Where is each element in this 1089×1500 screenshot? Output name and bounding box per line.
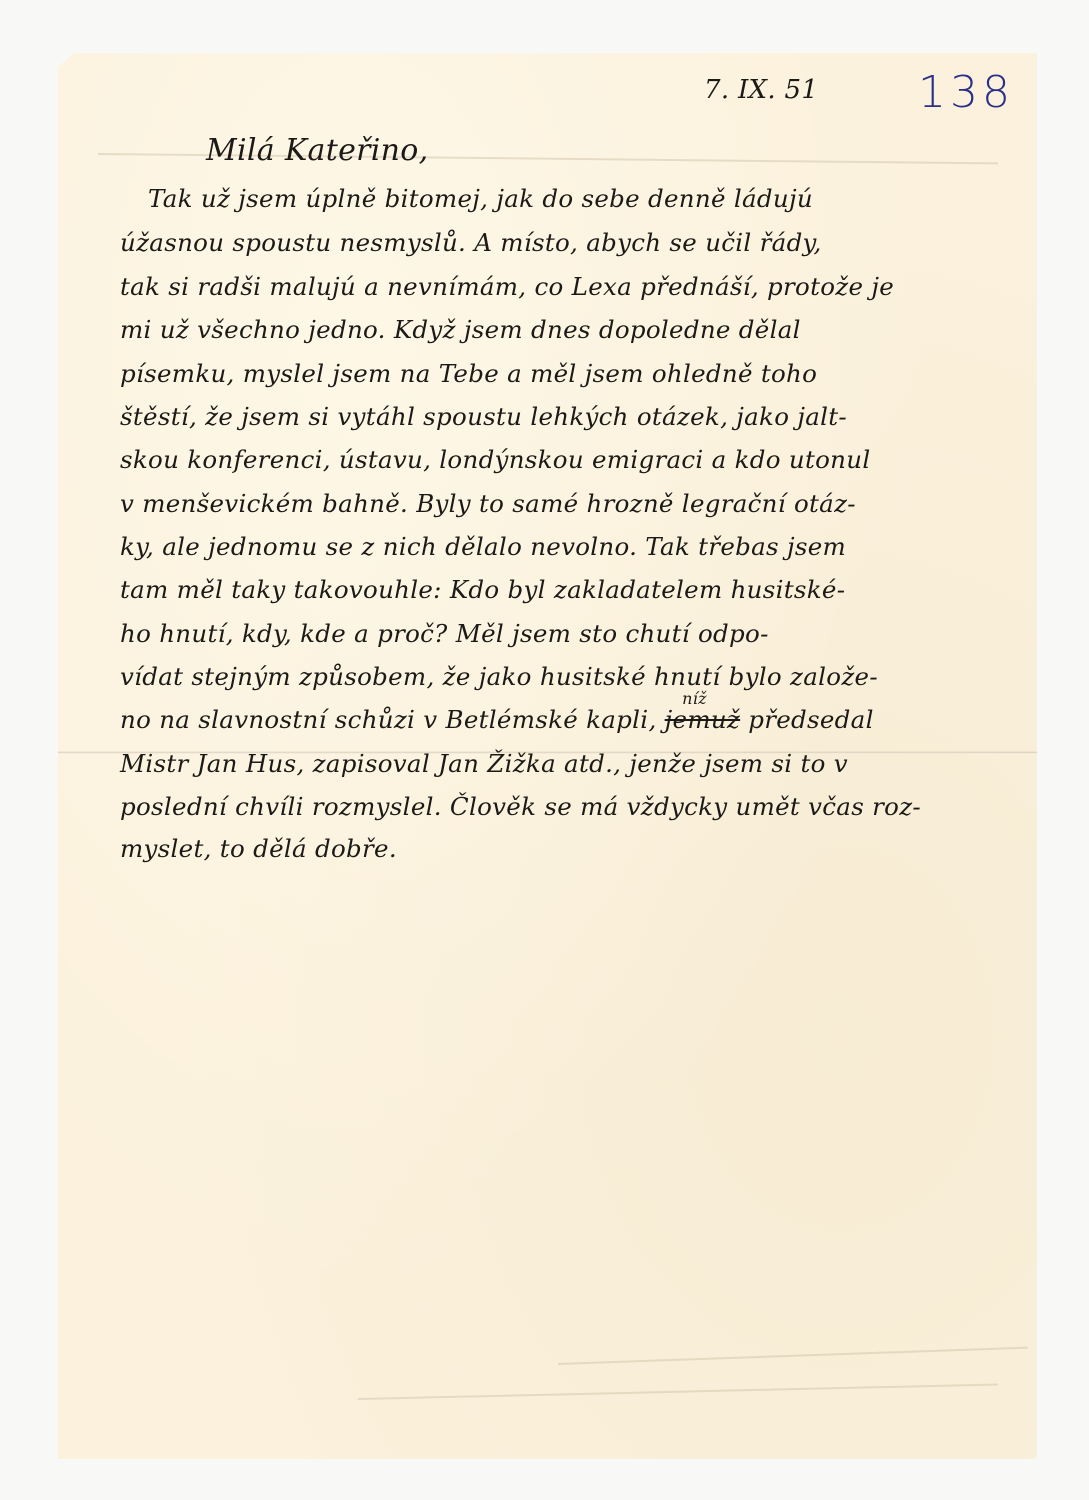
letter-line: úžasnou spoustu nesmyslů. A místo, abych… <box>120 228 822 257</box>
line-text: no na slavnostní schůzi v Betlémské kapl… <box>120 705 665 734</box>
letter-line: Tak už jsem úplně bitomej, jak do sebe d… <box>148 184 813 213</box>
letter-line-with-correction: no na slavnostní schůzi v Betlémské kapl… <box>120 705 874 734</box>
letter-line: písemku, myslel jsem na Tebe a měl jsem … <box>120 359 817 388</box>
archive-number: 138 <box>918 67 1014 118</box>
letter-line: skou konferenci, ústavu, londýnskou emig… <box>120 445 870 474</box>
salutation: Milá Kateřino, <box>206 133 429 168</box>
inserted-word: níž <box>682 689 707 708</box>
letter-line: mi už všechno jedno. Když jsem dnes dopo… <box>120 315 801 344</box>
letter-line: Mistr Jan Hus, zapisoval Jan Žižka atd.,… <box>120 749 848 778</box>
letter-line: ho hnutí, kdy, kde a proč? Měl jsem sto … <box>120 619 769 648</box>
struck-word: jemuž <box>665 705 741 734</box>
paper-crease <box>558 1347 1028 1365</box>
letter-line: myslet, to dělá dobře. <box>120 834 397 863</box>
letter-date: 7. IX. 51 <box>704 75 818 105</box>
paper-crease <box>358 1383 998 1400</box>
letter-paper: 7. IX. 51 138 Milá Kateřino, Tak už jsem… <box>58 53 1037 1459</box>
letter-line: štěstí, že jsem si vytáhl spoustu lehkýc… <box>120 402 847 431</box>
letter-line: tak si radši malujú a nevnímám, co Lexa … <box>120 272 894 301</box>
letter-line: vídat stejným způsobem, že jako husitské… <box>120 662 878 691</box>
letter-line: poslední chvíli rozmyslel. Člověk se má … <box>120 792 921 821</box>
line-text: předsedal <box>740 705 874 734</box>
letter-line: tam měl taky takovouhle: Kdo byl zaklada… <box>120 575 845 604</box>
letter-line: v menševickém bahně. Byly to samé hrozně… <box>120 489 856 518</box>
letter-line: ky, ale jednomu se z nich dělalo nevolno… <box>120 532 846 561</box>
